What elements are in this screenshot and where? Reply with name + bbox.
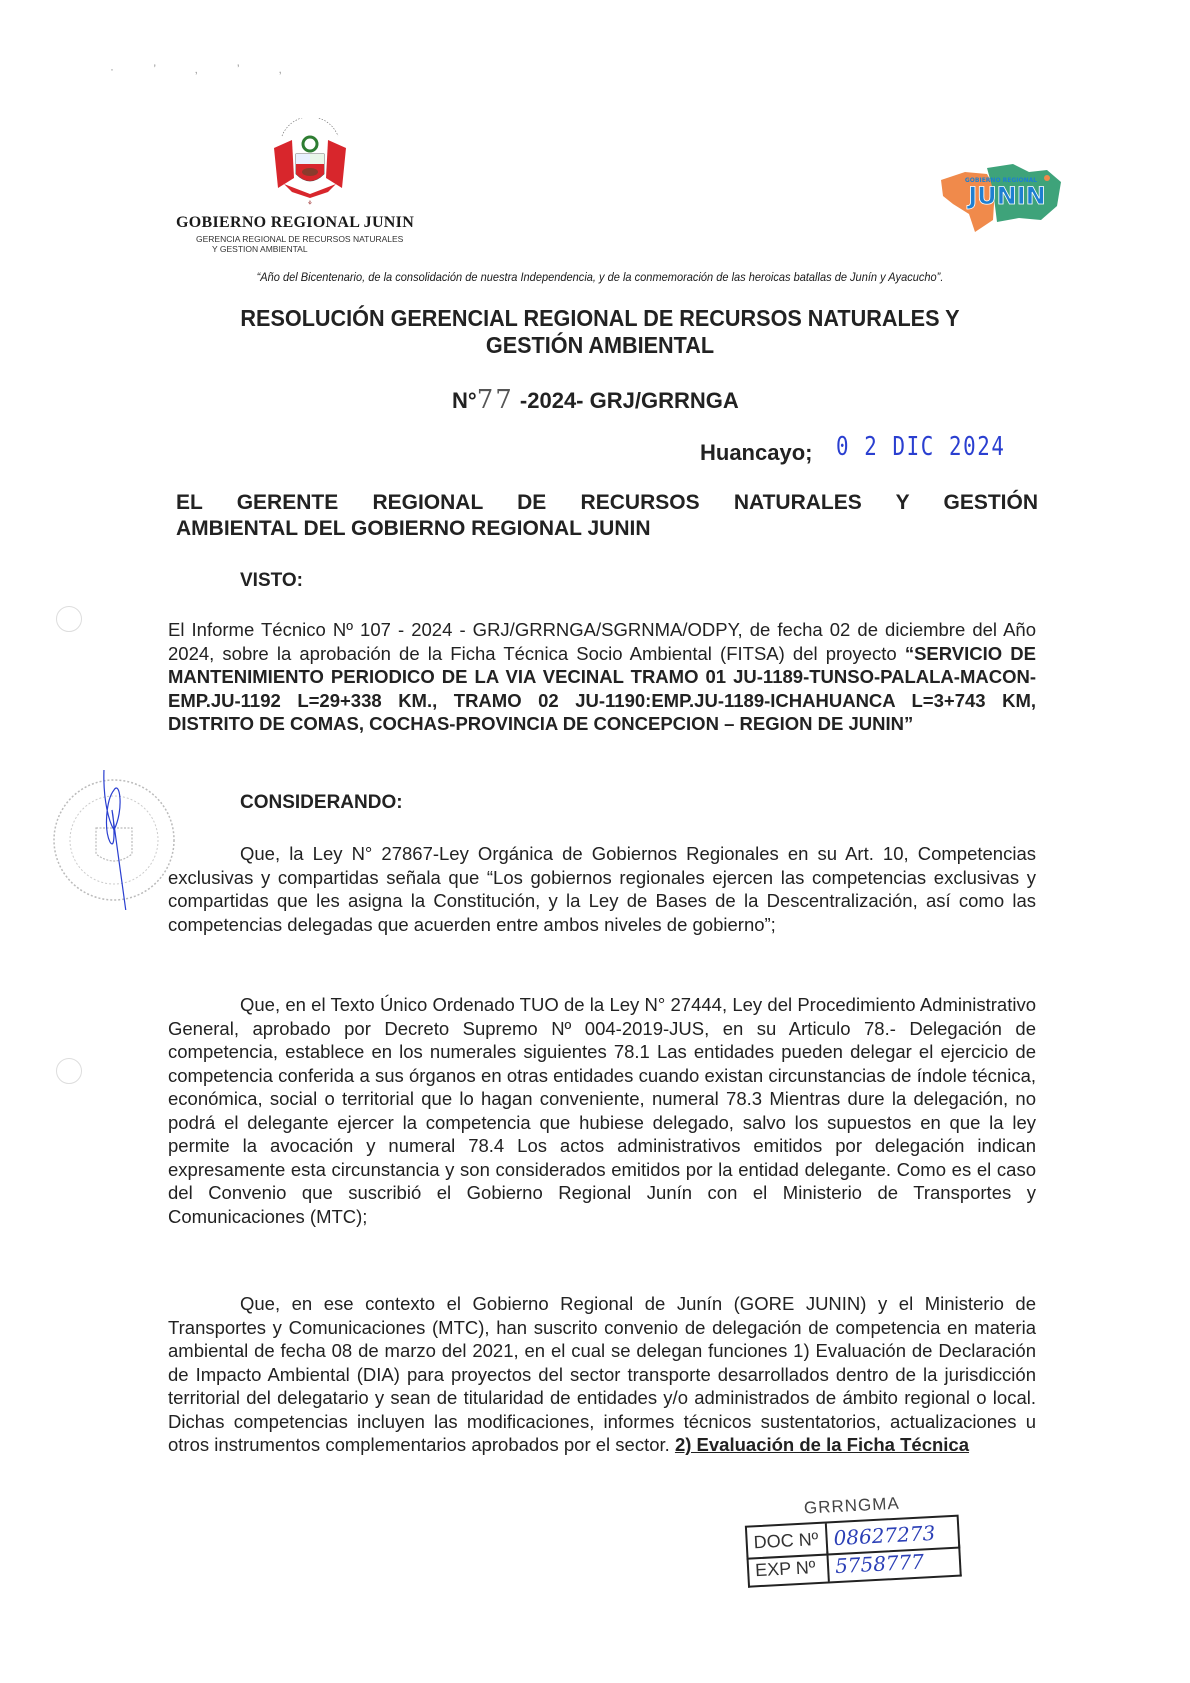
- punch-hole-mark: [56, 1058, 82, 1084]
- visto-heading: VISTO:: [240, 570, 303, 592]
- visto-paragraph: El Informe Técnico Nº 107 - 2024 - GRJ/G…: [168, 618, 1036, 736]
- svg-text:JUNIN: JUNIN: [966, 182, 1046, 210]
- year-motto: “Año del Bicentenario, de la consolidaci…: [186, 270, 1014, 285]
- scan-artifacts: · ’ ‚ ’ ,: [110, 62, 300, 76]
- considerando-paragraph-3: Que, en ese contexto el Gobierno Regiona…: [168, 1292, 1036, 1457]
- coat-of-arms-icon: ⚘: [268, 118, 352, 208]
- considerando-paragraph-1-text: Que, la Ley N° 27867-Ley Orgánica de Gob…: [168, 842, 1036, 936]
- considerando-paragraph-2: Que, en el Texto Único Ordenado TUO de l…: [168, 993, 1036, 1228]
- considerando-heading: CONSIDERANDO:: [240, 792, 403, 814]
- considerando-paragraph-1: Que, la Ley N° 27867-Ley Orgánica de Gob…: [168, 842, 1036, 936]
- receipt-stamp-title: GRRNGMA: [804, 1494, 901, 1519]
- considerando-paragraph-2-text: Que, en el Texto Único Ordenado TUO de l…: [168, 993, 1036, 1228]
- resolution-number-handwritten: 77: [477, 385, 514, 415]
- issuing-authority: EL GERENTE REGIONAL DE RECURSOS NATURALE…: [176, 490, 1038, 542]
- resolution-number-prefix: N°: [452, 388, 477, 413]
- official-seal-icon: [44, 770, 184, 910]
- considerando-paragraph-3-text: Que, en ese contexto el Gobierno Regiona…: [168, 1293, 1036, 1455]
- resolution-number-suffix: -2024- GRJ/GRRNGA: [520, 388, 739, 413]
- issuing-authority-line1: EL GERENTE REGIONAL DE RECURSOS NATURALE…: [176, 490, 1038, 516]
- organization-subunit-line1: GERENCIA REGIONAL DE RECURSOS NATURALES: [196, 234, 403, 244]
- resolution-number: N°77 -2024- GRJ/GRRNGA: [452, 385, 739, 415]
- place-label: Huancayo;: [700, 440, 812, 466]
- issuing-authority-line2: AMBIENTAL DEL GOBIERNO REGIONAL JUNIN: [176, 517, 650, 540]
- organization-subunit-line2: Y GESTION AMBIENTAL: [196, 244, 403, 254]
- exp-number-value: 5758777: [828, 1549, 924, 1578]
- document-title-line1: RESOLUCIÓN GERENCIAL REGIONAL DE RECURSO…: [177, 305, 1023, 332]
- document-title-line2: GESTIÓN AMBIENTAL: [177, 332, 1023, 359]
- junin-logo-icon: GOBIERNO REGIONAL JUNIN: [935, 160, 1065, 238]
- receipt-stamp: GRRNGMA DOC Nº 08627273 EXP Nº 5758777: [744, 1504, 967, 1585]
- exp-number-label: EXP Nº: [748, 1551, 829, 1585]
- organization-name: GOBIERNO REGIONAL JUNIN: [176, 214, 414, 232]
- date-stamp: 0 2 DIC 2024: [836, 432, 1005, 462]
- punch-hole-mark: [56, 606, 82, 632]
- organization-subunit: GERENCIA REGIONAL DE RECURSOS NATURALES …: [196, 234, 403, 254]
- svg-text:⚘: ⚘: [307, 200, 312, 207]
- document-title: RESOLUCIÓN GERENCIAL REGIONAL DE RECURSO…: [177, 305, 1023, 359]
- considerando-paragraph-3-underlined: 2) Evaluación de la Ficha Técnica: [675, 1434, 969, 1455]
